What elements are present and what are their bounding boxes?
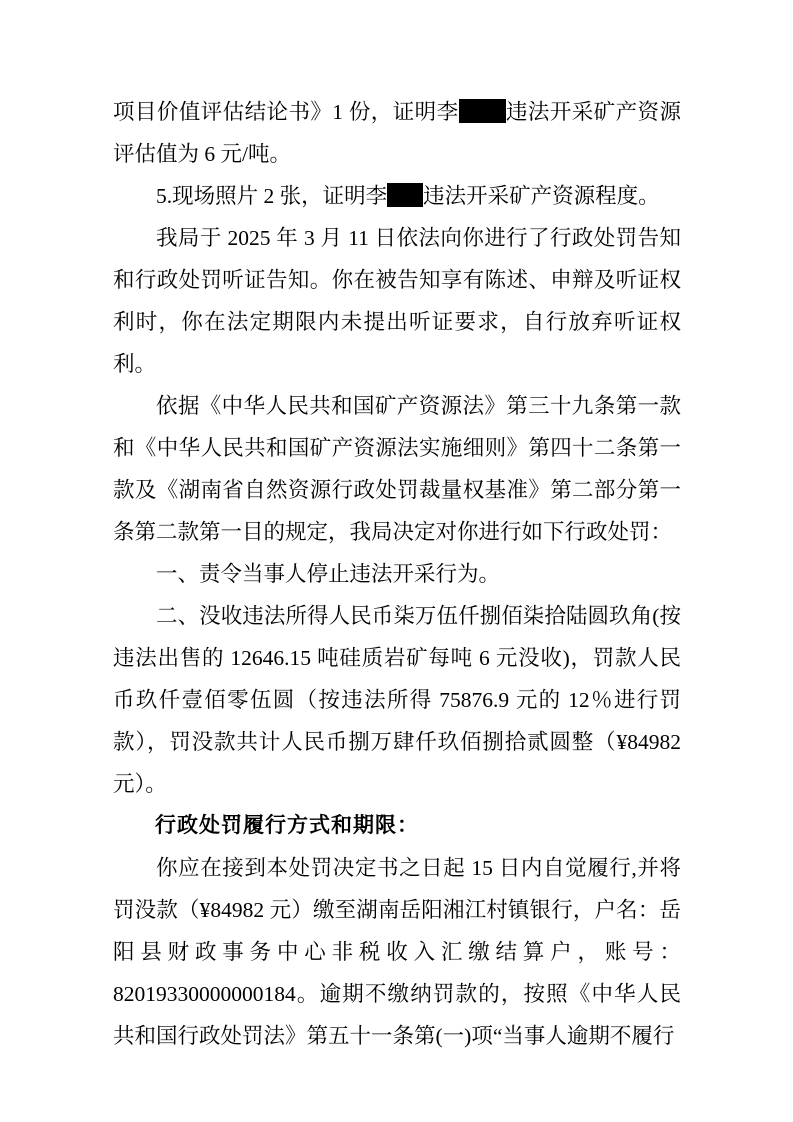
text-run-after-redaction: 违法开采矿产资源程度。 (423, 184, 660, 208)
redaction-box (459, 99, 506, 123)
paragraph-hearing-notice: 我局于 2025 年 3 月 11 日依法向你进行了行政处罚告知和行政处罚听证告… (113, 217, 681, 385)
paragraph-execution-terms: 你应在接到本处罚决定书之日起 15 日内自觉履行,并将罚没款（¥84982 元）… (113, 847, 681, 1057)
paragraph-penalty-item-2: 二、没收违法所得人民币柒万伍仟捌佰柒拾陆圆玖角(按违法出售的 12646.15 … (113, 595, 681, 805)
document-page: 项目价值评估结论书》1 份，证明李违法开采矿产资源评估值为 6 元/吨。 5.现… (0, 0, 793, 1122)
paragraph-evidence-item-5: 5.现场照片 2 张，证明李违法开采矿产资源程度。 (113, 175, 681, 217)
paragraph-legal-basis: 依据《中华人民共和国矿产资源法》第三十九条第一款和《中华人民共和国矿产资源法实施… (113, 385, 681, 553)
paragraph-penalty-item-1: 一、责令当事人停止违法开采行为。 (113, 553, 681, 595)
paragraph-evidence-item-4-continuation: 项目价值评估结论书》1 份，证明李违法开采矿产资源评估值为 6 元/吨。 (113, 91, 681, 175)
execution-section-heading: 行政处罚履行方式和期限： (113, 805, 681, 847)
redaction-box (387, 183, 423, 207)
scanned-document: { "page": { "background_color": "#ffffff… (0, 0, 793, 1122)
text-run-before-redaction: 项目价值评估结论书》1 份，证明李 (113, 100, 459, 124)
text-run-before-redaction: 5.现场照片 2 张，证明李 (156, 184, 387, 208)
